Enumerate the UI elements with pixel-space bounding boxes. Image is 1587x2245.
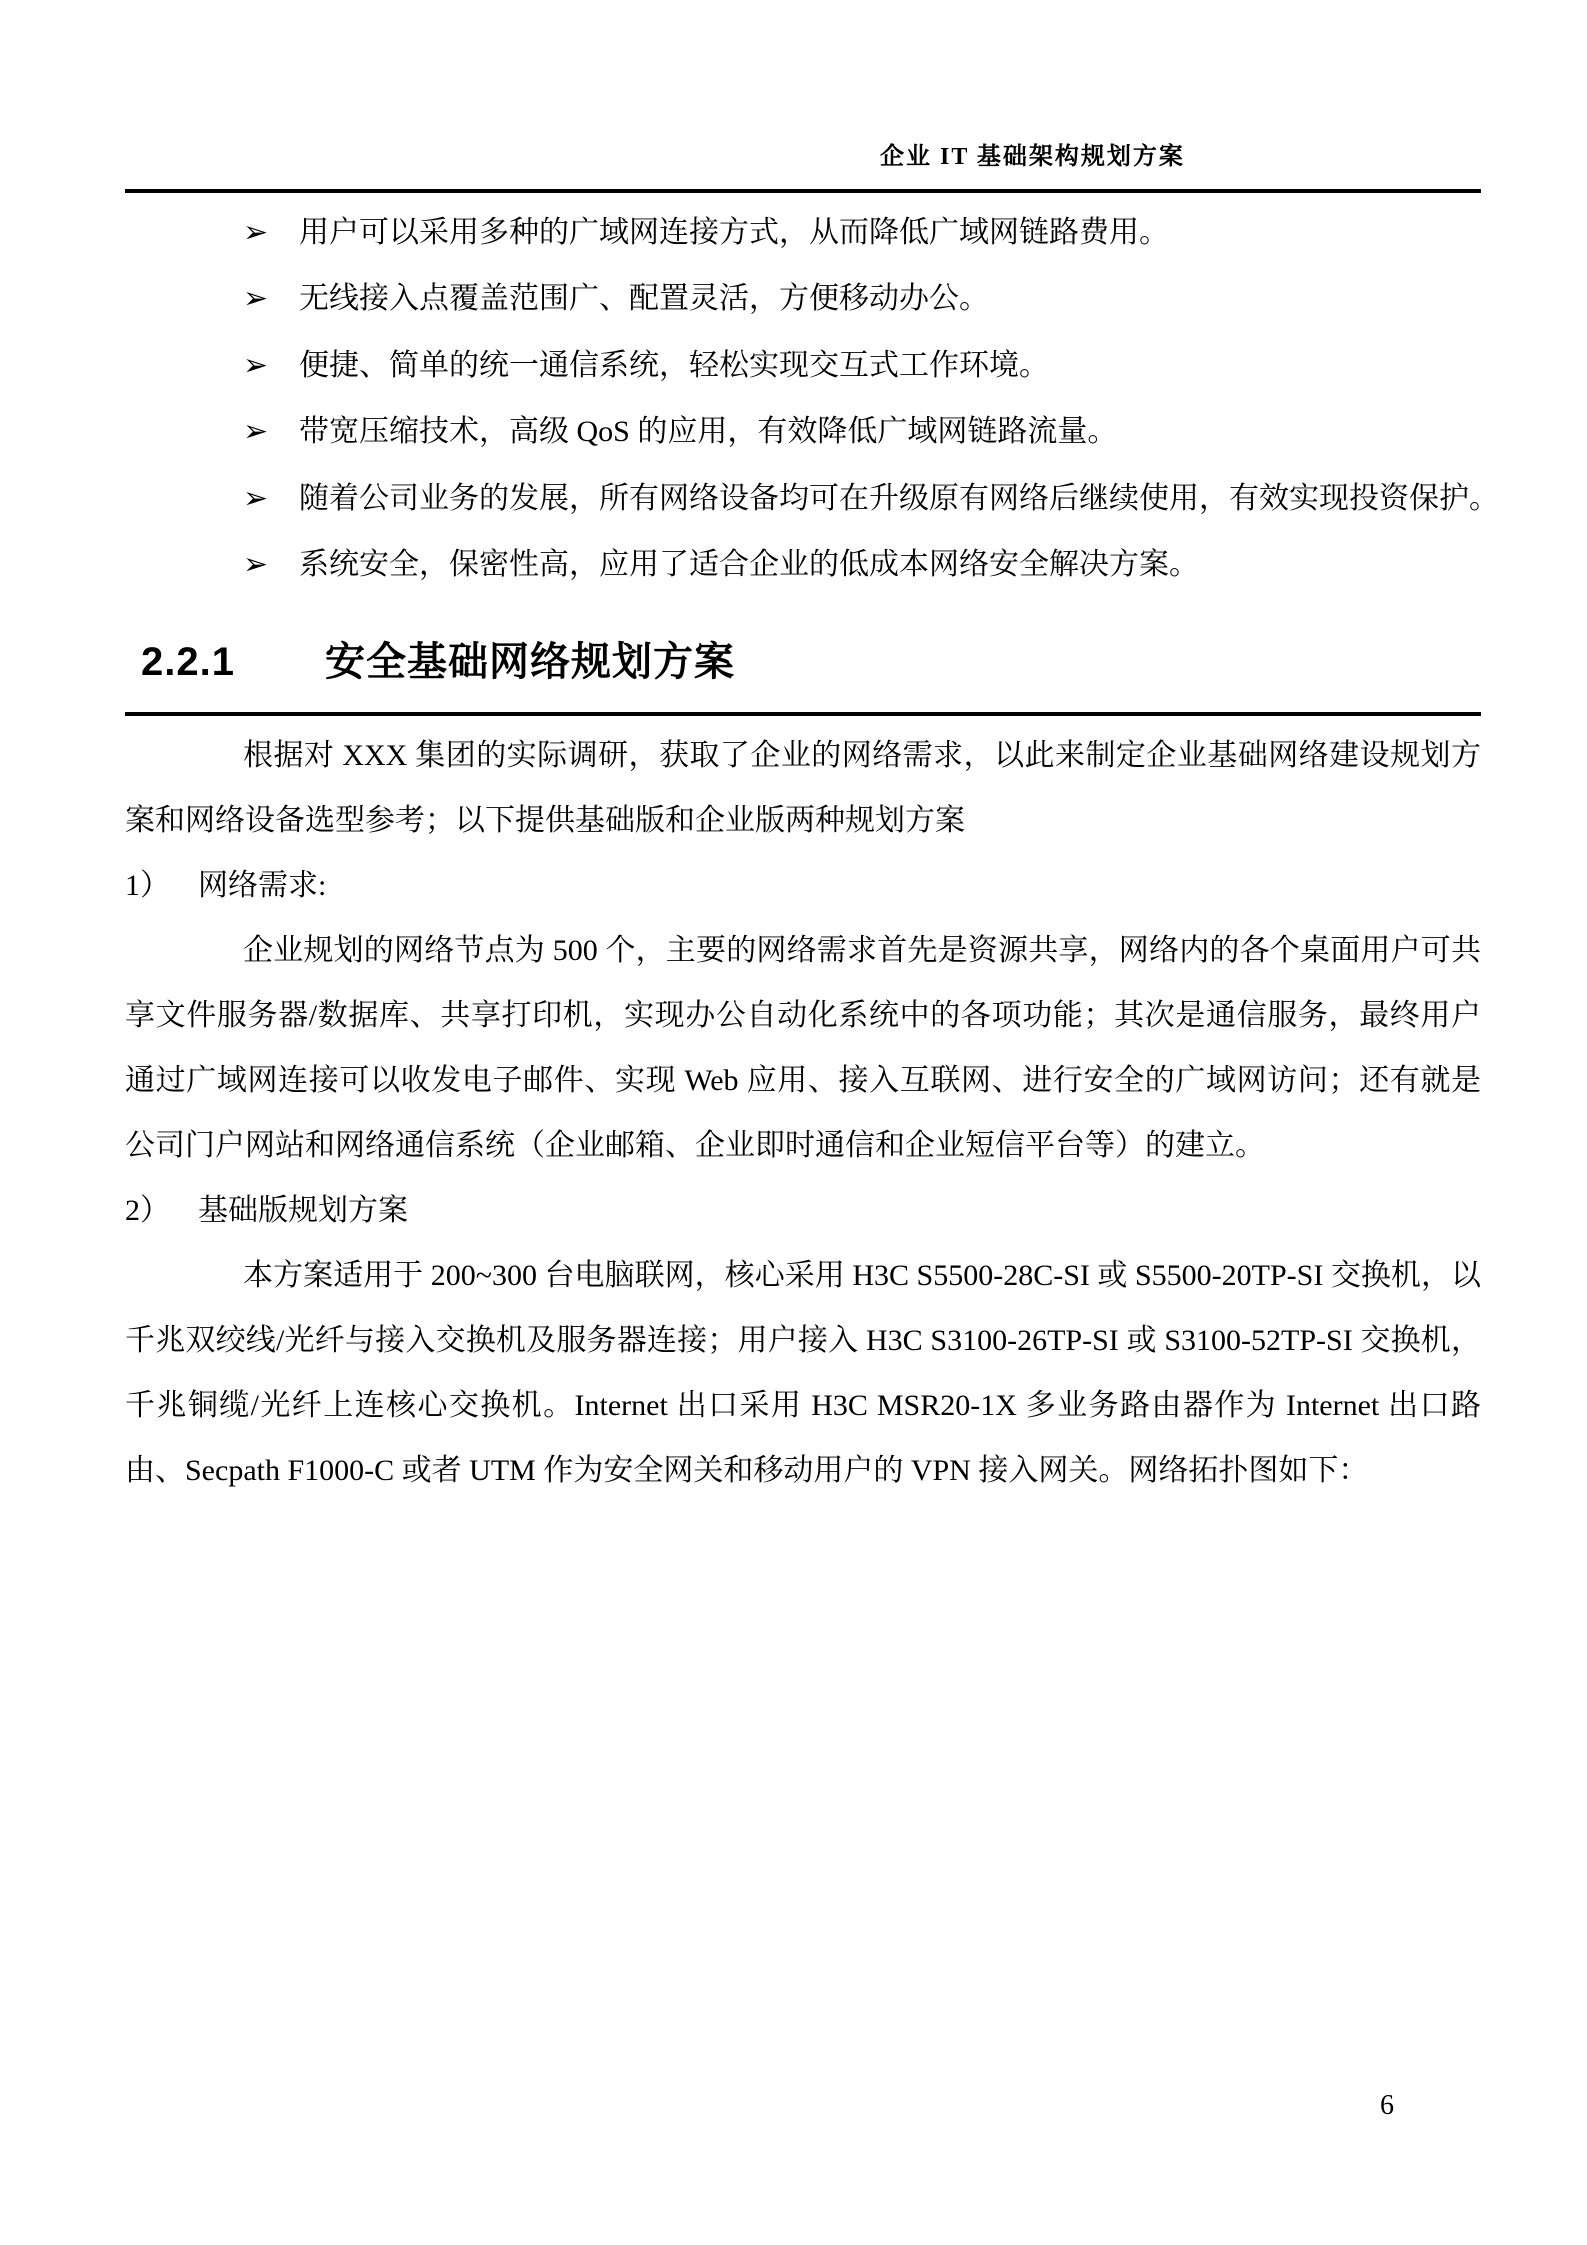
numbered-item-2-number: 2） — [125, 1178, 170, 1243]
arrow-bullet-icon: ➢ — [243, 466, 299, 532]
numbered-item-2: 2）基础版规划方案 — [125, 1178, 1481, 1243]
bullet-text: 系统安全，保密性高，应用了适合企业的低成本网络安全解决方案。 — [299, 532, 1199, 598]
arrow-bullet-icon: ➢ — [243, 333, 299, 399]
arrow-bullet-icon: ➢ — [243, 399, 299, 465]
section-title: 安全基础网络规划方案 — [325, 630, 735, 687]
paragraph-network-requirements: 企业规划的网络节点为 500 个，主要的网络需求首先是资源共享，网络内的各个桌面… — [125, 918, 1481, 1178]
arrow-bullet-icon: ➢ — [243, 266, 299, 332]
bullet-item: ➢ 用户可以采用多种的广域网连接方式，从而降低广域网链路费用。 — [125, 200, 1487, 266]
bullet-item: ➢ 无线接入点覆盖范围广、配置灵活，方便移动办公。 — [125, 266, 1487, 332]
bullet-item: ➢ 系统安全，保密性高，应用了适合企业的低成本网络安全解决方案。 — [125, 532, 1487, 598]
bullet-text: 便捷、简单的统一通信系统，轻松实现交互式工作环境。 — [299, 333, 1049, 399]
bullet-item: ➢ 带宽压缩技术，高级 QoS 的应用，有效降低广域网链路流量。 — [125, 399, 1487, 465]
paragraph-intro: 根据对 XXX 集团的实际调研，获取了企业的网络需求，以此来制定企业基础网络建设… — [125, 723, 1481, 853]
document-page: 企业 IT 基础架构规划方案 ➢ 用户可以采用多种的广域网连接方式，从而降低广域… — [0, 0, 1587, 2245]
numbered-item-1: 1）网络需求: — [125, 853, 1481, 918]
page-header-title: 企业 IT 基础架构规划方案 — [125, 136, 1481, 171]
bullet-text: 无线接入点覆盖范围广、配置灵活，方便移动办公。 — [299, 266, 989, 332]
header-rule — [125, 189, 1481, 193]
bullet-list: ➢ 用户可以采用多种的广域网连接方式，从而降低广域网链路费用。 ➢ 无线接入点覆… — [125, 200, 1487, 598]
bullet-text: 用户可以采用多种的广域网连接方式，从而降低广域网链路费用。 — [299, 200, 1169, 266]
numbered-item-2-label: 基础版规划方案 — [198, 1194, 408, 1227]
page-number: 6 — [1380, 2090, 1394, 2122]
section-number: 2.2.1 — [125, 640, 325, 685]
arrow-bullet-icon: ➢ — [243, 200, 299, 266]
numbered-item-1-number: 1） — [125, 853, 170, 918]
section-heading: 2.2.1 安全基础网络规划方案 — [125, 630, 1481, 687]
paragraph-basic-plan: 本方案适用于 200~300 台电脑联网，核心采用 H3C S5500-28C-… — [125, 1243, 1481, 1503]
bullet-text: 带宽压缩技术，高级 QoS 的应用，有效降低广域网链路流量。 — [299, 399, 1117, 465]
arrow-bullet-icon: ➢ — [243, 532, 299, 598]
body-text: 根据对 XXX 集团的实际调研，获取了企业的网络需求，以此来制定企业基础网络建设… — [125, 723, 1481, 1503]
numbered-item-1-label: 网络需求: — [198, 869, 326, 902]
bullet-text: 随着公司业务的发展，所有网络设备均可在升级原有网络后继续使用，有效实现投资保护。 — [299, 466, 1499, 532]
heading-rule — [125, 712, 1481, 716]
bullet-item: ➢ 随着公司业务的发展，所有网络设备均可在升级原有网络后继续使用，有效实现投资保… — [125, 466, 1487, 532]
bullet-item: ➢ 便捷、简单的统一通信系统，轻松实现交互式工作环境。 — [125, 333, 1487, 399]
